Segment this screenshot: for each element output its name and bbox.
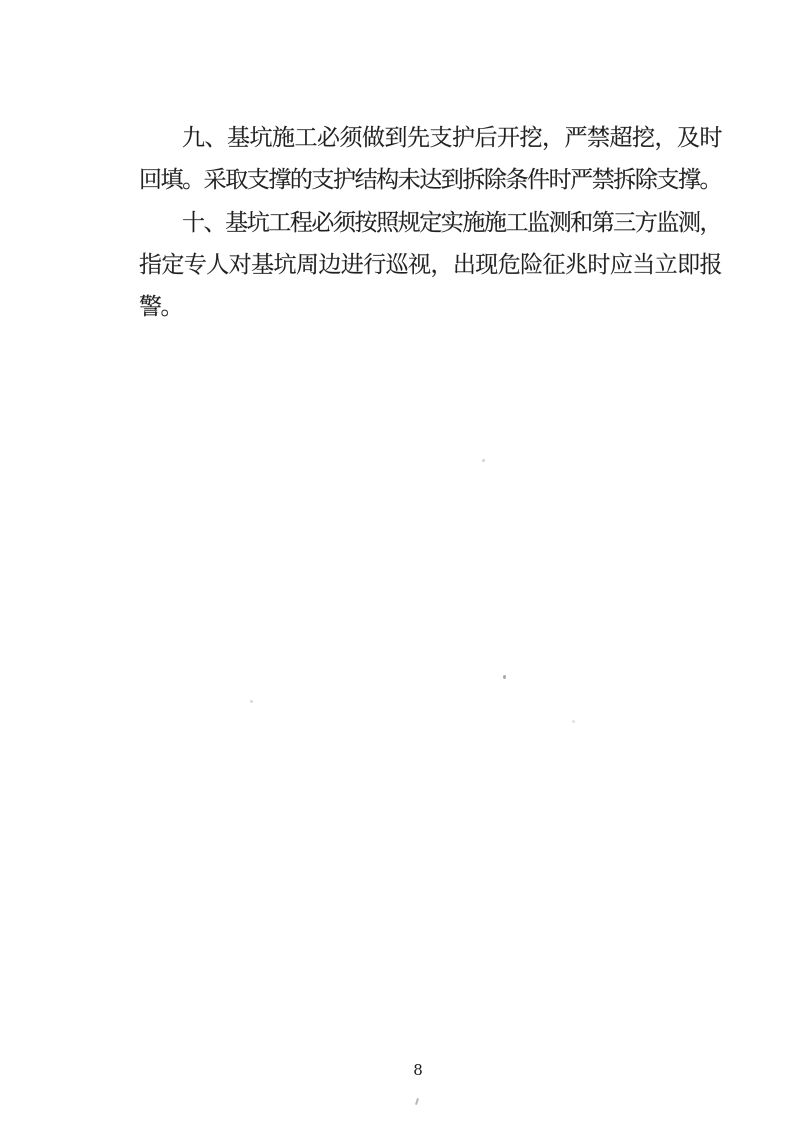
scan-speck — [250, 700, 253, 703]
scan-speck — [482, 459, 485, 462]
scanned-document-page: 九、基坑施工必须做到先支护后开挖，严禁超挖，及时 回填。采取支撑的支护结构未达到… — [0, 0, 803, 1128]
scan-speck — [572, 720, 575, 723]
body-text-block: 九、基坑施工必须做到先支护后开挖，严禁超挖，及时 回填。采取支撑的支护结构未达到… — [139, 117, 721, 328]
clause-9-line-1: 九、基坑施工必须做到先支护后开挖，严禁超挖，及时 — [139, 117, 721, 159]
clause-10-line-1: 十、基坑工程必须按照规定实施施工监测和第三方监测， — [139, 202, 721, 244]
clause-10-line-2: 指定专人对基坑周边进行巡视，出现危险征兆时应当立即报 — [139, 244, 721, 286]
scan-artifact-mark — [415, 1098, 419, 1105]
clause-10-line-3: 警。 — [139, 286, 721, 328]
page-number: 8 — [409, 1060, 427, 1080]
clause-9-line-2: 回填。采取支撑的支护结构未达到拆除条件时严禁拆除支撑。 — [139, 159, 721, 201]
scan-speck — [503, 675, 506, 679]
